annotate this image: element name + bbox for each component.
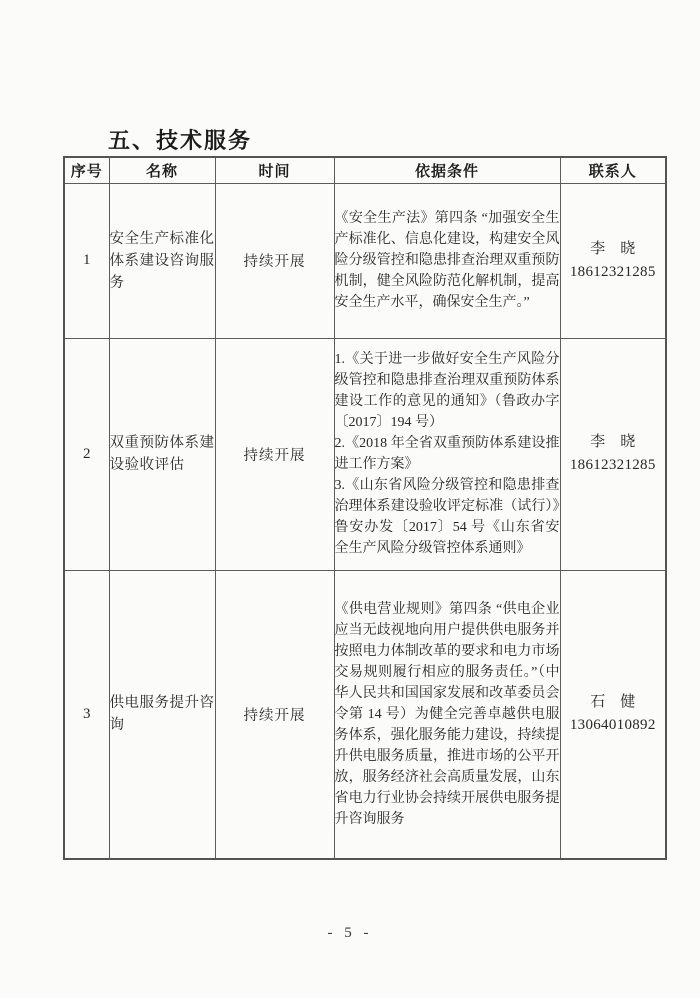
contact-name: 李 晓: [561, 431, 666, 454]
table-row: 2 双重预防体系建设验收评估 持续开展 1.《关于进一步做好安全生产风险分级管控…: [64, 338, 666, 570]
table-row: 1 安全生产标准化体系建设咨询服务 持续开展 《安全生产法》第四条 “加强安全生…: [64, 183, 666, 338]
page-number: - 5 -: [0, 925, 700, 942]
contact-phone: 18612321285: [561, 454, 666, 477]
document-page: 五、技术服务 序号 名称 时间 依据条件 联系人 1 安全生产标准化体系建设咨询…: [0, 0, 700, 998]
table-header-row: 序号 名称 时间 依据条件 联系人: [64, 157, 666, 183]
cell-name: 安全生产标准化体系建设咨询服务: [109, 183, 215, 338]
column-header-name: 名称: [109, 157, 215, 183]
column-header-no: 序号: [64, 157, 109, 183]
cell-no: 3: [64, 570, 109, 859]
cell-time: 持续开展: [215, 570, 334, 859]
contact-phone: 18612321285: [561, 261, 666, 284]
cell-basis: 1.《关于进一步做好安全生产风险分级管控和隐患排查治理双重预防体系建设工作的意见…: [334, 338, 560, 570]
cell-contact: 李 晓 18612321285: [560, 338, 666, 570]
column-header-time: 时间: [215, 157, 334, 183]
contact-phone: 13064010892: [561, 714, 666, 737]
column-header-basis: 依据条件: [334, 157, 560, 183]
table-row: 3 供电服务提升咨询 持续开展 《供电营业规则》第四条 “供电企业应当无歧视地向…: [64, 570, 666, 859]
services-table: 序号 名称 时间 依据条件 联系人 1 安全生产标准化体系建设咨询服务 持续开展…: [63, 156, 667, 860]
cell-basis: 《安全生产法》第四条 “加强安全生产标准化、信息化建设，构建安全风险分级管控和隐…: [334, 183, 560, 338]
cell-no: 2: [64, 338, 109, 570]
section-title: 五、技术服务: [108, 124, 252, 155]
cell-no: 1: [64, 183, 109, 338]
cell-contact: 李 晓 18612321285: [560, 183, 666, 338]
contact-name: 李 晓: [561, 238, 666, 261]
contact-name: 石 健: [561, 691, 666, 714]
cell-name: 双重预防体系建设验收评估: [109, 338, 215, 570]
cell-time: 持续开展: [215, 183, 334, 338]
column-header-contact: 联系人: [560, 157, 666, 183]
cell-time: 持续开展: [215, 338, 334, 570]
cell-contact: 石 健 13064010892: [560, 570, 666, 859]
cell-basis: 《供电营业规则》第四条 “供电企业应当无歧视地向用户提供供电服务并按照电力体制改…: [334, 570, 560, 859]
cell-name: 供电服务提升咨询: [109, 570, 215, 859]
